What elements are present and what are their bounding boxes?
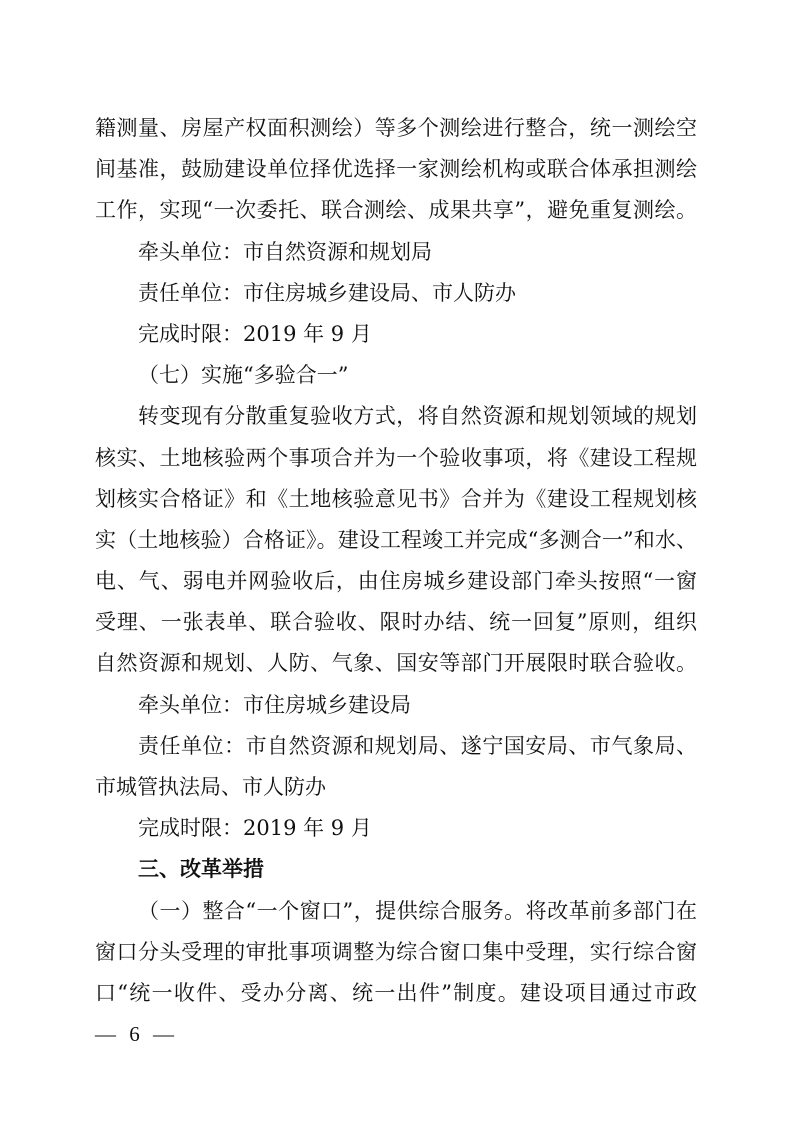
paragraph-line: 电、气、弱电并网验收后，由住房城乡建设部门牵头按照“一窗 [95,561,697,602]
page-number: — 6 — [95,1022,178,1047]
paragraph-line: 籍测量、房屋产权面积测绘）等多个测绘进行整合，统一测绘空 [95,108,697,149]
paragraph-line: 转变现有分散重复验收方式，将自然资源和规划领域的规划 [95,396,697,437]
paragraph-line: 核实、土地核验两个事项合并为一个验收事项，将《建设工程规 [95,438,697,479]
paragraph-line: 自然资源和规划、人防、气象、国安等部门开展限时联合验收。 [95,643,697,684]
lead-unit-line: 牵头单位：市自然资源和规划局 [95,232,697,273]
section-subheading: （七）实施“多验合一” [95,355,697,396]
document-page: 籍测量、房屋产权面积测绘）等多个测绘进行整合，统一测绘空 间基准，鼓励建设单位择… [0,0,793,1122]
paragraph-line: 口“统一收件、受办分离、统一出件”制度。建设项目通过市政 [95,973,697,1014]
responsible-unit-line: 责任单位：市自然资源和规划局、遂宁国安局、市气象局、 [95,726,697,767]
paragraph-line: 间基准，鼓励建设单位择优选择一家测绘机构或联合体承担测绘 [95,149,697,190]
paragraph-line: 划核实合格证》和《土地核验意见书》合并为《建设工程规划核 [95,479,697,520]
paragraph-line: （一）整合“一个窗口”，提供综合服务。将改革前多部门在 [95,891,697,932]
lead-unit-line: 牵头单位：市住房城乡建设局 [95,685,697,726]
responsible-unit-line-continued: 市城管执法局、市人防办 [95,767,697,808]
deadline-line: 完成时限：2019 年 9 月 [95,808,697,849]
paragraph-line: 受理、一张表单、联合验收、限时办结、统一回复”原则，组织 [95,602,697,643]
paragraph-line: 窗口分头受理的审批事项调整为综合窗口集中受理，实行综合窗 [95,932,697,973]
deadline-line: 完成时限：2019 年 9 月 [95,314,697,355]
responsible-unit-line: 责任单位：市住房城乡建设局、市人防办 [95,273,697,314]
section-heading: 三、改革举措 [95,849,697,890]
document-body: 籍测量、房屋产权面积测绘）等多个测绘进行整合，统一测绘空 间基准，鼓励建设单位择… [95,108,697,1014]
paragraph-line: 工作，实现“一次委托、联合测绘、成果共享”，避免重复测绘。 [95,190,697,231]
paragraph-line: 实（土地核验）合格证》。建设工程竣工并完成“多测合一”和水、 [95,520,697,561]
